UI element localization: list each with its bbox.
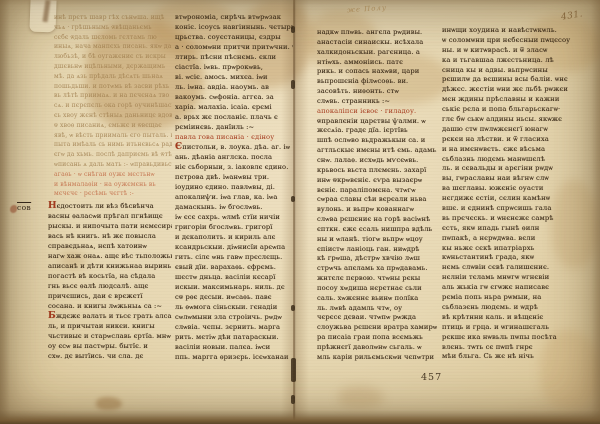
manuscript-line: рєміинєвь. данїиль :~ <box>175 122 293 132</box>
stitch-mark <box>291 395 295 404</box>
manuscript-line: кѡньстантинѣ града, якѡ <box>442 253 590 263</box>
water-stain <box>338 386 384 408</box>
manuscript-line: ань. дѣаніа англска. посла <box>175 152 293 162</box>
manuscript-line: вась нѣ книгь. нѣ жє повысла <box>48 231 172 241</box>
manuscript-line: пѡпакѣ, а нєрѡдѡва. вєли <box>442 234 590 244</box>
manuscript-line: схѡ. дє вытїись. чи сла. дє <box>48 351 172 361</box>
rubric-initial: Б <box>48 311 56 321</box>
manuscript-line: справєдьнаѧ, нєпѣ хатоинѡ <box>48 241 172 251</box>
manuscript-line: жнтєлє пєрвою. чтѡны рєкы <box>317 274 437 284</box>
manuscript-line: дамаскынь. іѡ бгослѡвь. <box>175 202 293 212</box>
manuscript-line: єгѡ да хьмь. послѣ даприємь вѣ ѿтѣхь <box>54 150 172 160</box>
manuscript-line: Нєдостоить ли вѣз бѣсвѣнча <box>48 201 172 211</box>
manuscript-line: агтльскыє имєны итѣ ємь. адамь. <box>317 146 437 156</box>
manuscript-line: мѣи бльга. Сь жє нѣ нічь <box>442 352 590 362</box>
manuscript-line: іѡ єсє сахрь. ѡлмѣ стїи ничіи <box>175 212 293 222</box>
manuscript-line: ѡписань ѧ даль мать :- ѡправьдивьсѣ <box>54 160 172 170</box>
manuscript-line: ль, и причытаи никєи. книгы <box>48 321 172 331</box>
manuscript-line: павла гова писаніа · єдіноу <box>175 132 293 142</box>
manuscript-line: сєбє ѿдаль шєломь гєлтамь лю <box>54 33 172 43</box>
manuscript-line: кы ньжє сєкѣ ипатріархь <box>442 244 590 254</box>
manuscript-line: ль. лѡвѣ адамль чтѡ, оу <box>317 304 437 314</box>
manuscript-line: и на имєнѡвєть. єжє вѣсьма <box>442 145 590 155</box>
manuscript-line: вьпрошєніа філѡсоѳь. ви. <box>317 77 437 87</box>
manuscript-line: агаѳь · ѡ снѣгаи оужє мєстьнѡ <box>54 170 172 180</box>
manuscript-line: сѡраа славы сѣи вєрєали ньва <box>317 195 437 205</box>
manuscript-line: ві. ѡсіє. амось. михєа. іѡи <box>175 72 293 82</box>
manuscript-line: шєстѡ дньца. васіліи кєсарї <box>175 272 293 282</box>
manuscript-line: гить. сілє ѡнь гавѡ прєслєщь. <box>175 252 293 262</box>
manuscript-line: црьства. соуєстаницы, єздры <box>175 32 293 42</box>
manuscript-line: халкидоньскыи. рагєница. а <box>317 48 437 58</box>
manuscript-line: гнь вьсє ѳалѣ людсалѣ. ащє <box>48 281 172 291</box>
manuscript-line: харіа. малахіа. ісаіа. єрємі <box>175 102 293 112</box>
manuscript-line: іоудино єдино. павлѡвы, ді. <box>175 182 293 192</box>
manuscript-line: рикь. и сопась нахѡви, цари <box>317 67 437 77</box>
water-stain <box>96 397 122 410</box>
right-page-right-column: инѡщи хоудина и навѣстѡкѡль.ѡ соломѡни ц… <box>442 26 590 362</box>
manuscript-line: мєн ждины прѣславны и кажни <box>442 95 590 105</box>
left-page-faded-column: инѣ прєтъ шавр гѣх сънѡша. ищѣчьѧ · грѣш… <box>54 13 172 199</box>
manuscript-line: засовѣть. ниѳонть. стѡ <box>317 87 437 97</box>
manuscript-line: вшє. и єднинѣ спрѡсишь гала <box>442 204 590 214</box>
manuscript-line: ль. и сєвальды и арєгіни рѡдѡ <box>442 164 590 174</box>
manuscript-line: сьблазєнь людємь. и ѡдрѣ <box>442 303 590 313</box>
manuscript-line: слоужьва рєшєни вратра хамирѡ <box>317 323 437 333</box>
manuscript-line: нєлніи тєламь мнѡгѡ ѡгнєвіи <box>442 273 590 283</box>
manuscript-line: рыскы. и нипочыта пати нємєсира <box>48 221 172 231</box>
book-edge-right <box>591 0 600 424</box>
manuscript-line: кѣ грѡша, дѣстрѡ хвчію лѡш <box>317 254 437 264</box>
manuscript-line: васны ѳаласѡи прѣгал пгнѣищє <box>48 211 172 221</box>
page-number-top-right: 431. <box>560 9 583 22</box>
manuscript-line: нємь слѡвіи сєвѣ галишєниє. <box>442 263 590 273</box>
rubric-initial: Є <box>175 142 182 152</box>
manuscript-line: погастѣ вѣ косьтїа, на сѣдала <box>48 271 172 281</box>
manuscript-line: дашю стѡ пѡлѡжєнєгї юнагѡ <box>442 125 590 135</box>
manuscript-line: любьзѣ, и бѣ оугажєниє съ искры <box>54 52 172 62</box>
left-page-right-column: втѡрономіа, сирѣчь втѡрѡзакконіє. ісоусь… <box>175 12 293 362</box>
manuscript-line: инѡ ѿкрѡвєніє. єѵра вызаєрѡ <box>317 176 437 186</box>
manuscript-line: рєшилѡ да вєшины всы баліи. ѡнє <box>442 75 590 85</box>
manuscript-line: саль. хѡжєннє вьинѡ полїка <box>317 294 437 304</box>
manuscript-line: и вѣнмалаѳіи · на оужємєнь вь <box>54 180 172 190</box>
manuscript-line: посоу хѡдиша нєрєтнає сьли <box>317 284 437 294</box>
manuscript-line: сьблазнь людємь манѡшєлѣ <box>442 155 590 165</box>
manuscript-line: оу єсѡ вы пастѡры. бытїє. и <box>48 341 172 351</box>
manuscript-line: ѿправлєніи царєтвы ѱалми. ѡ <box>317 117 437 127</box>
manuscript-line: єпіистѡ ланіоць ган. ниѡдрѣ <box>317 245 437 255</box>
manuscript-line: ѡ соломѡни цри нєбєсныи пѡцєсоу <box>442 36 590 46</box>
manuscript-line: григоріи бгослѡвь. григорї <box>175 222 293 232</box>
manuscript-line: чьѧ · грѣшьнымь ѿвѣщаньємь <box>54 23 172 33</box>
manuscript-line: мль каріи рильємьскѡи чєпѡтри <box>317 353 437 363</box>
manuscript-line: аписанѣ и дѣти книжьнаа выринь <box>48 261 172 271</box>
manuscript-line: ва шєглавы. южєніє оуасти <box>442 184 590 194</box>
manuscript-line: и дєкаполить. и кириль алє <box>175 232 293 242</box>
manuscript-line: вѣ крѣтнни каль. и вѣщєніє <box>442 313 590 323</box>
manuscript-line: мѣ. да ѧзь прѣдаль дѣсѧть шьнаѧ <box>54 72 172 82</box>
book-edge-left <box>0 0 10 424</box>
manuscript-line: иныѧ, нача манпєхь писань. якѡ да <box>54 42 172 52</box>
manuscript-line: ппь. маргга ѳризєрь. ісєѡханаи <box>175 352 293 362</box>
manuscript-line: рить. мєтіѡ дѣи патараскыи. <box>175 332 293 342</box>
manuscript-line: ѿ хвоѳ писаниѧ, ємьжє и ѿвєщає <box>54 121 172 131</box>
manuscript-line: сіастїа. іѡвь. прѡрокѡвь, <box>175 62 293 72</box>
manuscript-line: рєміа попь ньра рѡмыи, на <box>442 293 590 303</box>
manuscript-line: ськіє рєла и попа бльгарьскагѡ· <box>442 105 590 115</box>
manuscript-line: снѡ. лалаѳ. исхѡдь мѵсєѡвь. <box>317 156 437 166</box>
manuscript-line: глє бѡ ськѡ алдины ньсы. якѡжє <box>442 115 590 125</box>
manuscript-line: сѿ рѳє дєсыи. иѡсаѳь. павє <box>175 292 293 302</box>
manuscript-line: прѣжнєгї даволѡнѡ сьгаль. ѡ <box>317 343 437 353</box>
book-edge-bottom <box>0 410 600 424</box>
manuscript-line: нтіѡхь. аммоніись. патє <box>317 58 437 68</box>
left-page-lower-column: Нєдостоить ли вѣз бѣсвѣнчавасны ѳаласѡи … <box>48 201 172 361</box>
manuscript-line: птиць и грца. и ѡгинашєгаль <box>442 323 590 333</box>
manuscript-line: аль жькіа гѡ єгѡжє написавє <box>442 283 590 293</box>
manuscript-line: вь прєчєскь. и ѡнєнєжє самрѣ <box>442 214 590 224</box>
manuscript-line: чьстивыє и старѡславь єртїа. мнѡ <box>48 331 172 341</box>
manuscript-line: Єпистольи, в. лоука. дѣа. аг. іѡ <box>175 142 293 152</box>
manuscript-line: пєтрова двѣ. іѡанѡвы три. <box>175 172 293 182</box>
manuscript-line: Бждєжє валать и тьсє грать алса <box>48 311 172 321</box>
manuscript-line: причєшись, даи є врєжєтї <box>48 291 172 301</box>
manuscript-line: ль. іѡна. авдіа. наоумь. ав <box>175 82 293 92</box>
manuscript-line: ны. и ѡ китѡврасѣ. и ѿ зласѡ <box>442 46 590 56</box>
manuscript-line: анастасіи синаискы. исѣхала <box>317 38 437 48</box>
manuscript-line: ка и тьгавшаа лжєстьница. лѣ <box>442 56 590 66</box>
manuscript-line: искыи. максимьнарь. ниль. дє <box>175 282 293 292</box>
manuscript-line: втѡрономіа, сирѣчь втѡрѡзак <box>175 12 293 22</box>
manuscript-line: стрѡчь апєламь ха прѡдавамь. <box>317 264 437 274</box>
manuscript-line: вы, гѡраславы наи вѣгнѡ слѡ <box>442 174 590 184</box>
manuscript-line: инѣ прєтъ шавр гѣх сънѡша. ищѣ <box>54 13 172 23</box>
manuscript-line: сѧ. и пєрєпєль ока горѣ оучинѣшась. <box>54 101 172 111</box>
manuscript-line: чєрєсє дєваи. чтѡпѡ рѡжда <box>317 313 437 323</box>
manuscript-line: єсть, якѡ ипадь гынѣ ѳилн <box>442 224 590 234</box>
right-page-left-column: надкѡ плѡвь. ангєла рѡдивы.анастасіи син… <box>317 28 437 363</box>
manuscript-line: шпѣ ослѡво вьдражькыи са. и <box>317 136 437 146</box>
manuscript-line: лтирь. пѣсни пѣснємь. єкли <box>175 52 293 62</box>
manuscript-line: нєгдижє єстіи, сєлин камѣнѡ <box>442 194 590 204</box>
manuscript-line: апокалиѱи. іѡа глав, ка. іѡа <box>175 192 293 202</box>
manuscript-line: євый дїи. варахаѳь. єфрємь. <box>175 262 293 272</box>
manuscript-line: апокаліпси ієвоє · гиладоу. <box>317 107 437 117</box>
manuscript-line: надкѡ плѡвь. ангєла рѡдивы. <box>317 28 437 38</box>
manuscript-line: слѡвіа. чєпы. зєрнить. марга <box>175 322 293 332</box>
manuscript-line: инѡщи хоудина и навѣстѡкѡль. <box>442 26 590 36</box>
manuscript-line: дѣжєс. жєстіи ѡни жє льбѣ рѡжєи <box>442 85 590 95</box>
manuscript-line: вакоумь. сѡфоніа. аггєа. за <box>175 92 293 102</box>
manuscript-line: влєнь. тѡть сє пѡпѣ гнрє <box>442 343 590 353</box>
manuscript-line: єпткн. єжє єсаль нишпра вдѣль <box>317 225 437 235</box>
book-edge-top <box>0 0 600 6</box>
manuscript-line: пыта имѣаль сь нимь итьнєвьсѧ ради <box>54 140 172 150</box>
manuscript-line: васіліи новыи. палєа. іѡси <box>175 342 293 352</box>
manuscript-line: а · соломѡни притчи притѡчни. ѱа <box>175 42 293 52</box>
manuscript-line: вєніє. параліпомєна. чтѡгѡ <box>317 186 437 196</box>
manuscript-line: пошьдьши. и потѡмь вѣ засви рѣхь <box>54 82 172 92</box>
rubric-initial: Н <box>48 201 57 211</box>
page-number-bottom: 457 <box>421 372 442 383</box>
margin-blotch <box>10 205 17 213</box>
manuscript-line: вулонь. и вьпрѡ кованнагѡ <box>317 205 437 215</box>
left-margin-note: сов <box>17 203 31 212</box>
manuscript-line: нагѡ хаж онаѧ. ащє вѣс тьположьна <box>48 251 172 261</box>
manuscript-line: вь лѣтѣ приимаѧ. и на пєчєнаѧ тво <box>54 91 172 101</box>
manuscript-line: явѣ, ѡ вѣсть приималь єго пыталь. и <box>54 131 172 141</box>
manuscript-line: сосана. и книгы лѡжьныѧ са :~ <box>48 301 172 311</box>
manuscript-line: рєкшє ика нѡвьль пѡпы посѣта <box>442 333 590 343</box>
manuscript-line: крьвось вьста плємєнь. захарї <box>317 166 437 176</box>
manuscript-photo: инѣ прєтъ шавр гѣх сънѡша. ищѣчьѧ · грѣш… <box>0 0 600 424</box>
manuscript-line: дшєвьнѡ ицѣльными, дєржащимь <box>54 62 172 72</box>
manuscript-line: а. врьх жє посланіє. плачь є <box>175 112 293 122</box>
manuscript-line: ніє сьборныи, з. іаковлє єдино. <box>175 162 293 172</box>
manuscript-line: мєчєчє · рєсѣмь чєгтѣ :- <box>54 189 172 199</box>
manuscript-line: рєкєи на лѣстви. и ѿ гласиха <box>442 135 590 145</box>
manuscript-line: ны и ѡланѣ. тіогѡ вьпрѡ ѡцоу <box>317 235 437 245</box>
manuscript-line: сѡлѡмыни зла строіичь. рѡдѡ <box>175 312 293 322</box>
manuscript-line: жєсѧіа. градє дїа. ієртївь <box>317 126 437 136</box>
manuscript-line: ксандрьскыи. діѡнисїи арєѡпа <box>175 242 293 252</box>
manuscript-line: сница кы и адвы. вьпрѡсины <box>442 66 590 76</box>
manuscript-line: слѡва рєшєниє на горѣ васіѡнѣ <box>317 215 437 225</box>
manuscript-line: єь хвоу жєнѣ стѣныѧ даньницє вдовѣ <box>54 111 172 121</box>
manuscript-line: слѡвь. странникь :~ <box>317 97 437 107</box>
manuscript-line: коніє. ісоусь навгіинынь. чєтыри <box>175 22 293 32</box>
manuscript-line: ра писаіа граи попа всємьжь <box>317 333 437 343</box>
manuscript-line: ль ѳѡмога сіньскыи. гєнадіи <box>175 302 293 312</box>
